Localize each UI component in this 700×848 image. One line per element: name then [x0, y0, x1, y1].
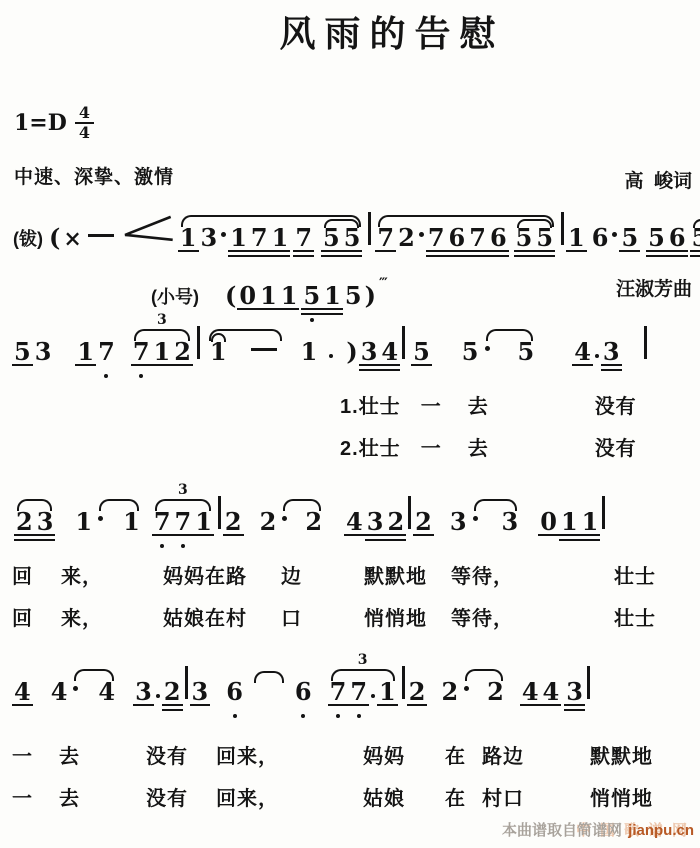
note: 3	[603, 340, 620, 372]
time-signature: 4 4	[75, 104, 94, 143]
spacer	[314, 711, 326, 712]
spacer	[538, 371, 572, 372]
note: 5	[303, 284, 320, 316]
barline	[408, 496, 411, 542]
note: 2	[225, 510, 242, 542]
lyric-line-verse2-a: 2.壮士一去没有	[340, 432, 637, 461]
lyric-word: 回来，	[216, 740, 279, 769]
note: 1	[281, 284, 298, 316]
note: 1	[561, 510, 578, 542]
spacer	[314, 257, 319, 258]
barline	[185, 666, 188, 712]
lyric-word: 边	[281, 560, 302, 589]
beam-group: 5654	[646, 226, 700, 258]
parenthesis: )	[365, 284, 376, 316]
note: 1	[195, 510, 212, 542]
spacer	[117, 371, 129, 372]
dot	[329, 340, 333, 372]
barline	[218, 496, 221, 542]
note: 3	[37, 510, 54, 542]
note: 5	[323, 226, 340, 258]
note: 4	[522, 680, 539, 712]
spacer	[202, 371, 204, 372]
dash-line	[86, 226, 116, 258]
spacer	[480, 541, 500, 542]
slur-group: 72767655	[375, 226, 557, 258]
note: 1	[154, 340, 171, 372]
note: 2	[16, 510, 33, 542]
note: 5	[14, 340, 31, 372]
note: 7	[469, 226, 486, 258]
lyric-word: 去	[59, 782, 80, 811]
watermark-text: 本曲谱取自简谱网	[502, 822, 622, 839]
spacer	[80, 711, 96, 712]
augmentation-dot	[464, 680, 469, 712]
spacer	[287, 371, 299, 372]
note: 1	[272, 226, 289, 258]
lyric-word: 没有	[595, 390, 637, 419]
note: 3	[135, 680, 152, 712]
note: 2	[260, 510, 277, 542]
lyric-line-verse1-c: 一去没有回来，妈妈在路边默默地	[12, 740, 653, 769]
note: 1	[77, 340, 94, 372]
lyric-word: 等待，	[451, 602, 514, 631]
slur-group: 13171755	[178, 226, 365, 258]
lyric-word: 口	[281, 602, 302, 631]
lyric-word: 村口	[482, 782, 524, 811]
note: 1	[379, 680, 396, 712]
spacer	[289, 541, 303, 542]
spacer	[326, 541, 344, 542]
note: 7	[98, 340, 115, 372]
lyric-word: 去	[468, 432, 489, 461]
note: 7	[330, 680, 347, 712]
spacer	[244, 541, 258, 542]
score-line-1: (钹)(×131717557276765516556544	[12, 202, 696, 258]
note: 1	[180, 226, 197, 258]
note: 2	[174, 340, 191, 372]
note: 3	[450, 510, 467, 542]
note: 7	[175, 510, 192, 542]
meter-denominator: 4	[79, 124, 90, 142]
note: 2	[409, 680, 426, 712]
lyric-word: 一	[421, 432, 442, 461]
lyric-word: 悄悄地	[364, 602, 427, 631]
note: 7	[154, 510, 171, 542]
note: 4	[346, 510, 363, 542]
spacer	[290, 257, 293, 258]
score-line-1-trumpet-cue: (小号)(011515)‴	[150, 260, 696, 316]
lyric-line-verse1-a: 1.壮士一去没有	[340, 390, 637, 419]
note: 1	[582, 510, 599, 542]
note: 7	[133, 340, 150, 372]
spacer	[44, 257, 48, 258]
spacer	[119, 711, 133, 712]
note: 3	[192, 680, 209, 712]
note: 6	[295, 680, 312, 712]
lyric-word: 1.壮士	[340, 390, 401, 419]
lyric-word: 去	[59, 740, 80, 769]
note: 2	[415, 510, 432, 542]
spacer	[281, 371, 285, 372]
lyric-word: 在	[445, 782, 466, 811]
note: 2	[441, 680, 458, 712]
note: 5	[518, 340, 535, 372]
barline	[561, 212, 564, 258]
slur-group: 2	[280, 510, 324, 542]
note: 6	[592, 226, 609, 258]
note: 7	[295, 226, 312, 258]
lyric-word: 壮士	[614, 602, 656, 631]
song-title: 风雨的告慰	[42, 6, 700, 57]
lyric-word: 在	[445, 740, 466, 769]
score-line-4: 44432366771222443	[12, 656, 696, 712]
barline	[402, 326, 405, 372]
barline	[368, 212, 371, 258]
instrument-label: (钹)	[13, 230, 43, 258]
note: 5	[692, 226, 700, 258]
note: 1	[210, 340, 227, 372]
barline	[602, 496, 605, 542]
note: 5	[413, 340, 430, 372]
spacer	[492, 371, 516, 372]
barline	[644, 326, 647, 372]
lyric-line-verse2-c: 一去没有回来，姑娘在村口悄悄地	[12, 782, 653, 811]
slur-group: 5	[483, 340, 537, 372]
meter-numerator: 4	[75, 104, 94, 124]
dot	[371, 680, 375, 712]
dot	[156, 680, 160, 712]
slur-group: 2	[462, 680, 506, 712]
slur-group: 4	[71, 680, 117, 712]
note: 5	[516, 226, 533, 258]
lyric-word: 没有	[146, 782, 188, 811]
spacer	[144, 541, 150, 542]
lyric-word: 来，	[61, 602, 103, 631]
augmentation-dot	[612, 226, 617, 258]
crescendo-hairpin-icon	[118, 214, 175, 253]
lyric-line-verse1-b: 回来，妈妈在路边默默地等待，壮士	[12, 560, 656, 589]
note: 7	[377, 226, 394, 258]
spacer	[335, 371, 345, 372]
note: 0	[239, 284, 256, 316]
spacer	[210, 711, 224, 712]
lyric-word: 一	[12, 782, 33, 811]
note: 6	[226, 680, 243, 712]
key-signature: 1=D 4 4	[14, 104, 94, 143]
slur-group: 23	[14, 510, 55, 542]
spacer	[53, 371, 75, 372]
note: 2	[305, 510, 322, 542]
lyric-word: 默默地	[590, 740, 653, 769]
note: 7	[350, 680, 367, 712]
spacer	[432, 371, 460, 372]
spacer	[509, 257, 512, 258]
lyric-word: 去	[468, 390, 489, 419]
note: 3	[361, 340, 378, 372]
lyric-line-verse2-b: 回来，姑娘在村口悄悄地等待，壮士	[12, 602, 656, 631]
tremolo-mark: ‴	[379, 284, 386, 316]
note: 5	[621, 226, 638, 258]
score-line-2: 531771211)3455543	[12, 316, 696, 372]
lyric-word: 没有	[146, 740, 188, 769]
dash-line	[249, 340, 279, 372]
note: 2	[387, 510, 404, 542]
spacer	[251, 711, 287, 712]
score-line-3: 2311771222432233011	[12, 486, 696, 542]
slur-group: 1	[208, 340, 229, 372]
note: 3	[502, 510, 519, 542]
percussion-note: ×	[63, 226, 81, 258]
lyric-word: 一	[12, 740, 33, 769]
parenthesis: )	[346, 340, 357, 372]
spacer	[57, 541, 73, 542]
note: 5	[536, 226, 553, 258]
triplet-group: 712	[131, 340, 193, 372]
note: 4	[98, 680, 115, 712]
spacer	[33, 711, 49, 712]
watermark: 中国歌谱网 本曲谱取自简谱网 jianpu.cn	[502, 819, 694, 840]
spacer	[508, 711, 520, 712]
augmentation-dot	[73, 680, 78, 712]
note: 1	[568, 226, 585, 258]
sheet-music-page: 风雨的告慰 高 峻词 汪淑芳曲 1=D 4 4 中速、深挚、激情 (钹)(×13…	[0, 0, 700, 848]
lyric-word: 妈妈在路	[163, 560, 247, 589]
note: 2	[398, 226, 415, 258]
slur-group: 54	[690, 226, 700, 258]
note: 6	[669, 226, 686, 258]
note: 3	[35, 340, 52, 372]
lyric-word: 一	[421, 390, 442, 419]
spacer	[640, 257, 644, 258]
spacer	[587, 257, 590, 258]
tempo-marking: 中速、深挚、激情	[14, 162, 174, 189]
lyricist-credit: 高 峻词	[616, 164, 692, 200]
lyric-word: 回	[12, 602, 33, 631]
augmentation-dot	[98, 510, 103, 542]
key-prefix: 1=D	[14, 110, 67, 136]
spacer	[561, 711, 564, 712]
note: 1	[260, 284, 277, 316]
note: 1	[123, 510, 140, 542]
lyric-word: 壮士	[614, 560, 656, 589]
note: 3	[201, 226, 218, 258]
spacer	[622, 371, 642, 372]
augmentation-dot	[221, 226, 226, 258]
lyric-word: 悄悄地	[590, 782, 653, 811]
slur-group	[251, 682, 287, 712]
triplet-group: 771	[328, 680, 398, 712]
slur-group: 3	[471, 510, 521, 542]
spacer	[434, 541, 448, 542]
barline	[587, 666, 590, 712]
lyric-word: 2.壮士	[340, 432, 401, 461]
note: 4	[574, 340, 591, 372]
spacer	[471, 711, 485, 712]
lyric-word: 等待，	[451, 560, 514, 589]
lyric-word: 妈妈	[363, 740, 405, 769]
note: 2	[164, 680, 181, 712]
note: 1	[301, 340, 318, 372]
note: 6	[490, 226, 507, 258]
lyric-word: 没有	[595, 432, 637, 461]
note: 1	[324, 284, 341, 316]
spacer	[522, 541, 538, 542]
note: 5	[345, 284, 362, 316]
note: 3	[367, 510, 384, 542]
dot	[595, 340, 599, 372]
slur-group: 55	[321, 226, 362, 258]
slur-group: 1	[96, 510, 142, 542]
watermark-url: jianpu.cn	[628, 822, 694, 839]
augmentation-dot	[485, 340, 490, 372]
lyric-word: 姑娘	[363, 782, 405, 811]
note: 4	[543, 680, 560, 712]
lyric-word: 回	[12, 560, 33, 589]
barline	[197, 326, 200, 372]
note: 5	[462, 340, 479, 372]
note: 1	[230, 226, 247, 258]
lyric-word: 姑娘在村	[163, 602, 247, 631]
spacer	[231, 371, 247, 372]
slur-group: 55	[514, 226, 555, 258]
spacer	[245, 711, 249, 712]
slur-group: 1	[206, 340, 285, 372]
note: 5	[344, 226, 361, 258]
spacer	[407, 371, 411, 372]
note: 3	[566, 680, 583, 712]
barline	[402, 666, 405, 712]
note: 7	[428, 226, 445, 258]
spacer	[105, 541, 121, 542]
note: 0	[540, 510, 557, 542]
lyric-word: 来，	[61, 560, 103, 589]
note: 4	[14, 680, 31, 712]
note: 5	[648, 226, 665, 258]
triplet-group: 771	[152, 510, 214, 542]
augmentation-dot	[282, 510, 287, 542]
lyric-word: 默默地	[364, 560, 427, 589]
note: 1	[75, 510, 92, 542]
note: 4	[51, 680, 68, 712]
parenthesis: (	[49, 226, 60, 258]
lyric-word: 回来，	[216, 782, 279, 811]
note: 6	[449, 226, 466, 258]
spacer	[427, 711, 439, 712]
parenthesis: (	[225, 284, 236, 316]
note: 2	[487, 680, 504, 712]
augmentation-dot	[473, 510, 478, 542]
note: 7	[251, 226, 268, 258]
note: 4	[381, 340, 398, 372]
augmentation-dot	[419, 226, 424, 258]
lyric-word: 路边	[482, 740, 524, 769]
spacer	[289, 711, 293, 712]
spacer	[319, 371, 327, 372]
